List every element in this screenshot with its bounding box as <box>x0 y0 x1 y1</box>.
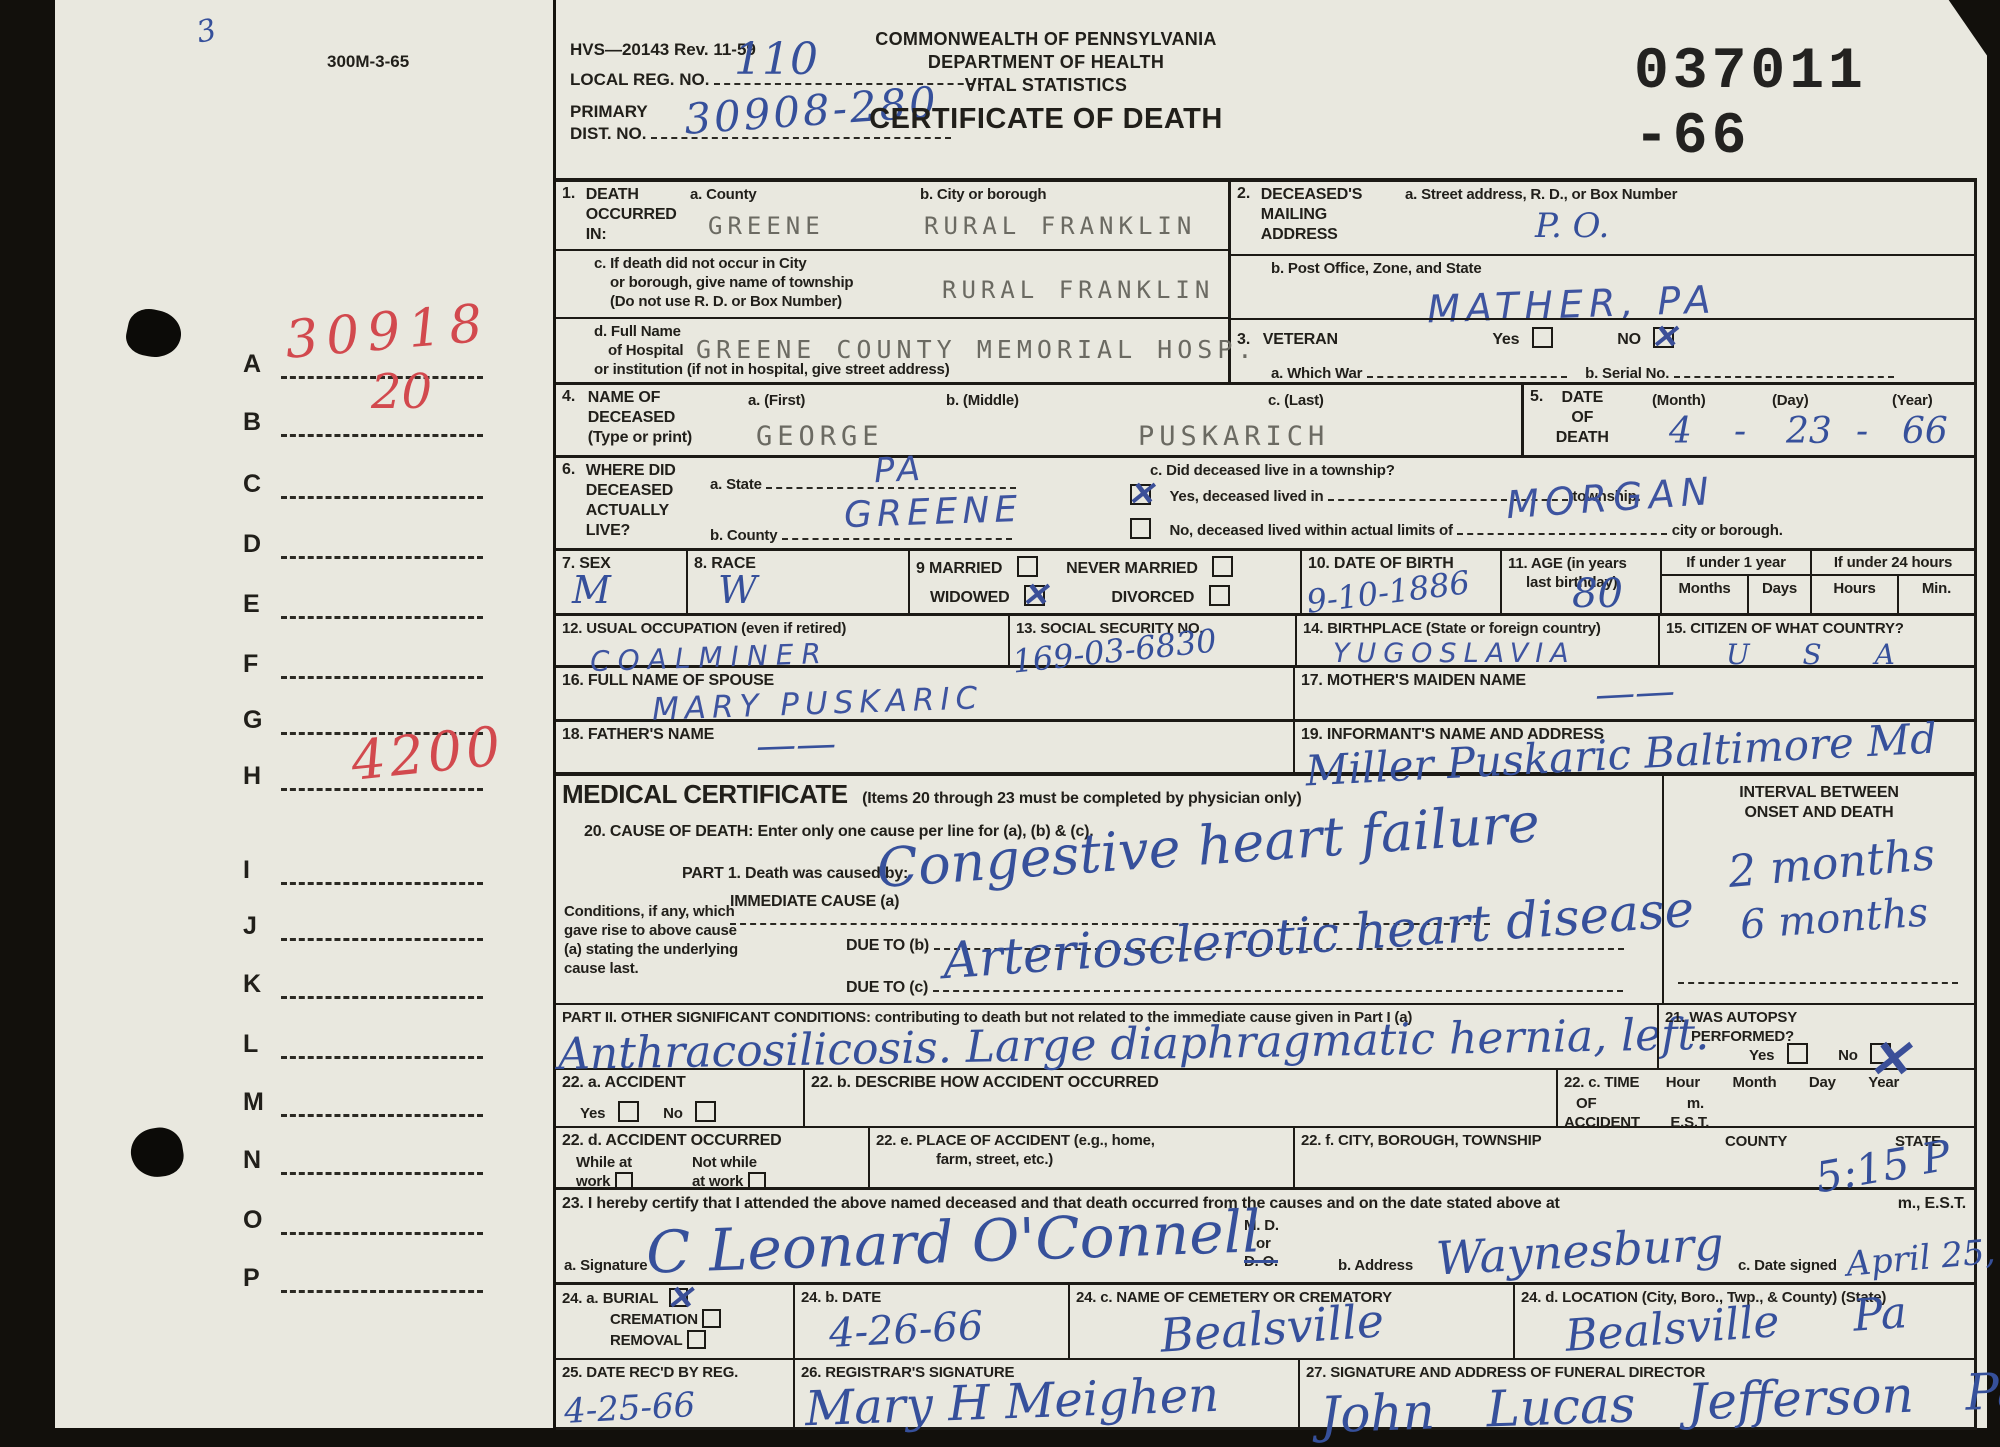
stub-letter: N <box>243 1146 277 1175</box>
city-borough-suffix: city or borough. <box>1672 522 1783 539</box>
citizen-value: U S A <box>1726 638 1968 671</box>
accident-yes-label: Yes <box>580 1105 605 1122</box>
section-24d: 24. d. LOCATION (City, Boro., Twp., & Co… <box>1513 1285 1974 1358</box>
veteran-no-mark: ✕ <box>1650 317 1678 356</box>
stub-row-f: F <box>243 650 483 679</box>
sections-22abc: 22. a. ACCIDENT Yes No 22. b. DESCRIBE H… <box>556 1070 1977 1128</box>
m-label: m. <box>1687 1095 1704 1112</box>
field-street-address: a. Street address, R. D., or Box Number … <box>1399 182 1974 254</box>
township-no-text: No, deceased lived within actual limits … <box>1169 522 1452 539</box>
accident-label: 22. a. ACCIDENT <box>562 1073 797 1093</box>
sections-4-5: 4. NAME OF DECEASED (Type or print) a. (… <box>556 385 1977 458</box>
stub-row-p: P <box>243 1264 483 1293</box>
birthplace-value: YUGOSLAVIA <box>1333 638 1652 669</box>
stub-line <box>281 429 483 437</box>
stub-line <box>281 1227 483 1235</box>
cremation-checkbox <box>702 1309 721 1328</box>
stub-letter: J <box>243 912 277 941</box>
s5-l1: DATE <box>1561 389 1603 406</box>
sections-25-27: 25. DATE REC'D BY REG. 4-25-66 26. REGIS… <box>556 1360 1977 1430</box>
stub-value: 30918 <box>283 293 493 371</box>
stub-line <box>281 551 483 559</box>
stub-letter: M <box>243 1088 277 1117</box>
autopsy-no-label: No <box>1838 1047 1858 1064</box>
veteran-no-checkbox: ✕ <box>1653 327 1674 348</box>
certificate-number-stamp: 037011 -66 <box>1634 40 1977 170</box>
sections-18-19: 18. FATHER'S NAME —— 19. INFORMANT'S NAM… <box>556 722 1977 776</box>
medical-certificate: MEDICAL CERTIFICATE (Items 20 through 23… <box>556 776 1977 1005</box>
widowed-mark: ✕ <box>1021 575 1049 614</box>
burial-date-value: 4-26-66 <box>828 1303 984 1357</box>
while-at-l2: work <box>576 1173 610 1190</box>
township-no-checkbox <box>1130 518 1151 539</box>
section-14: 14. BIRTHPLACE (State or foreign country… <box>1295 616 1658 665</box>
day-label: (Day) <box>1772 391 1809 410</box>
punch-hole-bottom <box>127 1124 186 1181</box>
s24a-num: 24. a. <box>562 1290 598 1307</box>
stub-row-i: I <box>243 856 483 885</box>
street-address-value: P. O. <box>1535 206 1968 246</box>
section-9: 9 MARRIED NEVER MARRIED WIDOWED ✕ DIVORC… <box>908 551 1300 613</box>
section-4: 4. NAME OF DECEASED (Type or print) a. (… <box>556 385 1521 455</box>
stub-letter: E <box>243 590 277 619</box>
married-label: 9 MARRIED <box>916 560 1002 577</box>
county-label: a. County <box>690 185 908 204</box>
state-value: PA <box>873 449 925 492</box>
section-1-num: 1. <box>562 185 575 202</box>
min-label: Min. <box>1897 576 1974 614</box>
never-married-checkbox <box>1212 556 1233 577</box>
stub-letter: A <box>243 350 277 379</box>
section-6ab: a. State PA b. County GREENE <box>704 458 1124 548</box>
stub-line <box>281 1285 483 1293</box>
hospital-value: GREENE COUNTY MEMORIAL HOSP. <box>696 335 1257 364</box>
section-16: 16. FULL NAME OF SPOUSE MARY PUSKARIC <box>556 668 1293 719</box>
stub-letter: I <box>243 856 277 885</box>
section-15: 15. CITIZEN OF WHAT COUNTRY? U S A <box>1658 616 1974 665</box>
cond-l2: gave rise to above cause <box>564 921 738 940</box>
stub-row-m: M <box>243 1088 483 1117</box>
place-accident-l1: 22. e. PLACE OF ACCIDENT (e.g., home, <box>876 1131 1287 1150</box>
autopsy-l1: 21. WAS AUTOPSY <box>1665 1008 1968 1027</box>
s2-l1: DECEASED'S <box>1261 186 1362 203</box>
section-19: 19. INFORMANT'S NAME AND ADDRESS Miller … <box>1293 722 1974 772</box>
section-18: 18. FATHER'S NAME —— <box>556 722 1293 772</box>
stub-row-h: H4200 <box>243 762 483 791</box>
widowed-label: WIDOWED <box>930 589 1009 606</box>
s4-l1: NAME OF <box>588 389 660 406</box>
s1c-l1: c. If death did not occur in City <box>594 254 930 273</box>
section-17: 17. MOTHER'S MAIDEN NAME —— <box>1293 668 1974 719</box>
under-24-hours-label: If under 24 hours <box>1812 551 1974 576</box>
autopsy-yes-label: Yes <box>1749 1047 1774 1064</box>
stub-line <box>281 1051 483 1059</box>
section-5: 5. DATE OF DEATH (Month) (Day) (Year) 4 … <box>1521 385 1974 455</box>
section-24a: 24. a. BURIAL ✕ CREMATION REMOVAL <box>556 1285 793 1358</box>
veteran-no-label: NO <box>1617 331 1641 348</box>
accident-no-checkbox <box>695 1101 716 1122</box>
interval-b-value: 6 months <box>1739 889 1930 948</box>
s6-l3: ACTUALLY <box>586 502 669 519</box>
section-2-num: 2. <box>1237 185 1250 202</box>
due-to-c-label: DUE TO (c) <box>846 979 928 996</box>
section-23: 23. I hereby certify that I attended the… <box>556 1190 1977 1285</box>
stub-letter: D <box>243 530 277 559</box>
stub-value: 20 <box>371 364 432 420</box>
burial-label: BURIAL <box>603 1290 658 1307</box>
first-name-label: a. (First) <box>748 391 805 410</box>
s1c-l3: (Do not use R. D. or Box Number) <box>594 292 930 311</box>
stub-row-e: E <box>243 590 483 619</box>
father-label: 18. FATHER'S NAME <box>562 725 1287 745</box>
veteran-yes-checkbox <box>1532 327 1553 348</box>
death-year: 66 <box>1902 411 1948 452</box>
serial-no-label: b. Serial No. <box>1585 365 1669 382</box>
time-accident-l2: OF <box>1576 1095 1596 1112</box>
print-code: 300M-3-65 <box>327 52 409 72</box>
which-war-line <box>1367 366 1567 378</box>
township-yes-checkbox: ✕ <box>1130 484 1151 505</box>
state-label: a. State <box>710 476 762 493</box>
months-label: Months <box>1662 576 1747 614</box>
county6-value: GREENE <box>843 489 1022 536</box>
cond-l1: Conditions, if any, which <box>564 902 738 921</box>
form-header: HVS—20143 Rev. 11-59 LOCAL REG. NO. PRIM… <box>556 0 1977 178</box>
section-4-num: 4. <box>562 388 575 405</box>
interval-a-value: 2 months <box>1726 829 1937 898</box>
stub-letter: K <box>243 970 277 999</box>
burial-checkbox: ✕ <box>669 1288 688 1307</box>
not-at-work-checkbox <box>748 1172 766 1190</box>
stub-row-d: D <box>243 530 483 559</box>
hour-label: Hour <box>1666 1074 1700 1091</box>
certificate-form: HVS—20143 Rev. 11-59 LOCAL REG. NO. PRIM… <box>553 0 1977 1428</box>
township-no-line <box>1457 523 1667 535</box>
sections-1-2-3: 1. DEATH OCCURRED IN: a. County GREENE b… <box>556 178 1977 385</box>
citizen-label: 15. CITIZEN OF WHAT COUNTRY? <box>1666 619 1968 638</box>
medical-subtitle: (Items 20 through 23 must be completed b… <box>862 790 1301 807</box>
widowed-checkbox: ✕ <box>1024 585 1045 606</box>
section-11: 11. AGE (in years last birthday) 80 <box>1500 551 1660 613</box>
address-label: b. Address <box>1338 1256 1413 1275</box>
stub-line <box>281 1167 483 1175</box>
sections-7-11: 7. SEX M 8. RACE W 9 MARRIED NEVER MARRI… <box>556 551 1977 616</box>
township-yes-text: Yes, deceased lived in <box>1169 488 1323 505</box>
stub-line <box>281 1109 483 1117</box>
county6-label: b. County <box>710 527 777 544</box>
sections-22def: 22. d. ACCIDENT OCCURRED While at work N… <box>556 1128 1977 1190</box>
sex-value: M <box>572 568 680 612</box>
death-month: 4 <box>1669 411 1692 452</box>
section-22a: 22. a. ACCIDENT Yes No <box>556 1070 803 1126</box>
s5-l2: OF <box>1571 409 1593 426</box>
last-name-label: c. (Last) <box>1268 391 1324 410</box>
section-6: 6. WHERE DID DECEASED ACTUALLY LIVE? a. … <box>556 458 1977 551</box>
city-borough-value: RURAL FRANKLIN <box>924 212 1222 240</box>
cond-l3: (a) stating the underlying <box>564 940 738 959</box>
section-13: 13. SOCIAL SECURITY NO. 169-03-6830 <box>1008 616 1295 665</box>
stub-row-n: N <box>243 1146 483 1175</box>
immediate-cause-label: IMMEDIATE CAUSE (a) <box>730 893 899 910</box>
section-25: 25. DATE REC'D BY REG. 4-25-66 <box>556 1360 793 1427</box>
street-address-label: a. Street address, R. D., or Box Number <box>1405 185 1968 204</box>
divorced-label: DIVORCED <box>1111 589 1194 606</box>
stub-letter: L <box>243 1030 277 1059</box>
removal-checkbox <box>687 1330 706 1349</box>
section-22e: 22. e. PLACE OF ACCIDENT (e.g., home, fa… <box>868 1128 1293 1187</box>
describe-accident-label: 22. b. DESCRIBE HOW ACCIDENT OCCURRED <box>811 1073 1550 1093</box>
stub-line <box>281 491 483 499</box>
stub-row-c: C <box>243 470 483 499</box>
s2-l2: MAILING <box>1261 206 1327 223</box>
year-col-label: Year <box>1868 1074 1899 1091</box>
section-22c: 22. c. TIME Hour Month Day Year OF m. AC… <box>1556 1070 1974 1126</box>
part-2: PART II. OTHER SIGNIFICANT CONDITIONS: c… <box>556 1005 1657 1068</box>
veteran-yes-label: Yes <box>1492 331 1519 348</box>
county-col-label: COUNTY <box>1725 1132 1787 1151</box>
month-label: (Month) <box>1652 391 1706 410</box>
date-recd-value: 4-25-66 <box>563 1380 788 1432</box>
section-1d: d. Full Name of Hospital or institution … <box>556 317 1228 385</box>
which-war-label: a. Which War <box>1271 365 1362 382</box>
section-6c: c. Did deceased live in a township? ✕ Ye… <box>1124 458 1974 548</box>
section-22b: 22. b. DESCRIBE HOW ACCIDENT OCCURRED <box>803 1070 1556 1126</box>
sections-12-15: 12. USUAL OCCUPATION (even if retired) C… <box>556 616 1977 668</box>
date-recd-label: 25. DATE REC'D BY REG. <box>562 1363 787 1382</box>
stub-line <box>281 991 483 999</box>
not-while-l1: Not while <box>692 1153 766 1172</box>
section-27: 27. SIGNATURE AND ADDRESS OF FUNERAL DIR… <box>1298 1360 1974 1427</box>
date-signed-value: April 25, 1966 <box>1845 1223 2000 1284</box>
stub-letter: O <box>243 1206 277 1235</box>
burial-mark: ✕ <box>666 1278 694 1317</box>
section-5-num: 5. <box>1530 388 1543 405</box>
section-3-num: 3. <box>1237 331 1250 348</box>
accident-no-label: No <box>663 1105 683 1122</box>
stub-line <box>281 671 483 679</box>
section-22d: 22. d. ACCIDENT OCCURRED While at work N… <box>556 1128 868 1187</box>
section-6-label: 6. WHERE DID DECEASED ACTUALLY LIVE? <box>556 458 704 548</box>
interval-l1: INTERVAL BETWEEN <box>1670 783 1968 803</box>
medical-left: MEDICAL CERTIFICATE (Items 20 through 23… <box>556 776 1662 1003</box>
hours-label: Hours <box>1812 576 1897 614</box>
stub-line <box>281 933 483 941</box>
section-26: 26. REGISTRAR'S SIGNATURE Mary H Meighen <box>793 1360 1298 1427</box>
first-name-value: GEORGE <box>756 421 884 452</box>
pencil-note: 3 <box>194 12 220 50</box>
day-col-label: Day <box>1809 1074 1836 1091</box>
part-2-row: PART II. OTHER SIGNIFICANT CONDITIONS: c… <box>556 1005 1977 1070</box>
township-yes-mark: ✕ <box>1127 474 1155 513</box>
under-24-hours: If under 24 hours Hours Min. <box>1810 551 1974 613</box>
year-label: (Year) <box>1892 391 1933 410</box>
stub-row-b: B20 <box>243 408 483 437</box>
stub-row-l: L <box>243 1030 483 1059</box>
department: DEPARTMENT OF HEALTH <box>811 51 1281 74</box>
stub-letter: F <box>243 650 277 679</box>
stub-letter: P <box>243 1264 277 1293</box>
race-value: W <box>718 568 902 612</box>
punch-hole-top <box>123 305 186 362</box>
s6-l2: DECEASED <box>586 482 673 499</box>
autopsy-no-checkbox: ✕ <box>1870 1043 1891 1064</box>
autopsy-yes-checkbox <box>1787 1043 1808 1064</box>
last-name-value: PUSKARICH <box>1138 421 1329 452</box>
section-12: 12. USUAL OCCUPATION (even if retired) C… <box>556 616 1008 665</box>
section-7: 7. SEX M <box>556 551 686 613</box>
local-reg-value: 110 <box>734 34 818 85</box>
section-1ab: 1. DEATH OCCURRED IN: a. County GREENE b… <box>556 182 1228 249</box>
month-col-label: Month <box>1732 1074 1776 1091</box>
sections-16-17: 16. FULL NAME OF SPOUSE MARY PUSKARIC 17… <box>556 668 1977 722</box>
section-21: 21. WAS AUTOPSY PERFORMED? Yes No ✕ <box>1657 1005 1974 1068</box>
medical-title: MEDICAL CERTIFICATE <box>562 779 848 809</box>
commonwealth: COMMONWEALTH OF PENNSYLVANIA <box>811 28 1281 51</box>
date-signed-label: c. Date signed <box>1738 1256 1837 1275</box>
section-1c: c. If death did not occur in City or bor… <box>556 249 1228 317</box>
section-24c: 24. c. NAME OF CEMETERY OR CREMATORY Bea… <box>1068 1285 1513 1358</box>
stub-row-k: K <box>243 970 483 999</box>
township-value: RURAL FRANKLIN <box>942 276 1222 304</box>
section-10: 10. DATE OF BIRTH 9-10-1886 <box>1300 551 1500 613</box>
form-code: HVS—20143 Rev. 11-59 <box>570 40 756 60</box>
field-city-borough: b. City or borough RURAL FRANKLIN <box>914 182 1228 249</box>
s4-l2: DECEASED <box>588 409 675 426</box>
interval-c-line <box>1678 972 1958 984</box>
s6-l4: LIVE? <box>586 522 630 539</box>
due-to-c-line <box>933 980 1623 992</box>
accident-yes-checkbox <box>618 1101 639 1122</box>
divorced-checkbox <box>1209 585 1230 606</box>
stub-row-o: O <box>243 1206 483 1235</box>
death-dash1: - <box>1734 411 1746 452</box>
serial-no-line <box>1674 366 1894 378</box>
section-3: 3. VETERAN Yes NO ✕ a. Which War b. Seri… <box>1231 318 1974 389</box>
section-24: 24. a. BURIAL ✕ CREMATION REMOVAL 24. b.… <box>556 1285 1977 1360</box>
while-at-work-checkbox <box>615 1172 633 1190</box>
sections-2-3: 2. DECEASED'S MAILING ADDRESS a. Street … <box>1228 182 1974 382</box>
birthplace-label: 14. BIRTHPLACE (State or foreign country… <box>1303 619 1652 638</box>
township-value-cell: RURAL FRANKLIN <box>936 251 1228 317</box>
interval-column: INTERVAL BETWEEN ONSET AND DEATH 2 month… <box>1662 776 1974 1003</box>
married-checkbox <box>1017 556 1038 577</box>
days-label: Days <box>1747 576 1810 614</box>
stub-row-a: A30918 <box>243 350 483 379</box>
section-6-num: 6. <box>562 461 575 478</box>
vital-statistics: VITAL STATISTICS <box>811 74 1281 97</box>
burial-date-label: 24. b. DATE <box>801 1288 1062 1307</box>
middle-name-label: b. (Middle) <box>946 391 1019 410</box>
not-while-l2: at work <box>692 1173 743 1190</box>
removal-label: REMOVAL <box>610 1332 683 1349</box>
stub-letter: C <box>243 470 277 499</box>
stub-letter: B <box>243 408 277 437</box>
s1-l1: DEATH <box>586 186 639 203</box>
stub-row-j: J <box>243 912 483 941</box>
conditions-note: Conditions, if any, which gave rise to a… <box>564 902 738 978</box>
section-24b: 24. b. DATE 4-26-66 <box>793 1285 1068 1358</box>
stub-line <box>281 611 483 619</box>
veteran-label: VETERAN <box>1263 331 1338 348</box>
certificate-title: CERTIFICATE OF DEATH <box>811 103 1281 136</box>
age-value: 80 <box>1572 571 1623 617</box>
s6-l1: WHERE DID <box>586 462 676 479</box>
s2-l3: ADDRESS <box>1261 226 1338 243</box>
section-2-label: 2. DECEASED'S MAILING ADDRESS <box>1231 182 1399 254</box>
stub-line <box>281 877 483 885</box>
stub-letter: H <box>243 762 277 791</box>
never-married-label: NEVER MARRIED <box>1066 560 1198 577</box>
local-reg-label: LOCAL REG. NO. <box>570 70 709 89</box>
under-1-year-label: If under 1 year <box>1662 551 1810 576</box>
due-to-b-label: DUE TO (b) <box>846 937 929 954</box>
city-borough-label: b. City or borough <box>920 185 1222 204</box>
mother-maiden-value: —— <box>1594 668 1676 718</box>
father-value: —— <box>755 721 837 770</box>
s1-l2: OCCURRED <box>586 206 677 223</box>
section-2a: 2. DECEASED'S MAILING ADDRESS a. Street … <box>1231 182 1974 254</box>
header-center: COMMONWEALTH OF PENNSYLVANIA DEPARTMENT … <box>811 28 1281 136</box>
address-value: Waynesburg <box>1435 1217 1725 1286</box>
certify-suffix: m., E.S.T. <box>1898 1194 1966 1214</box>
section-8: 8. RACE W <box>686 551 908 613</box>
cond-l4: cause last. <box>564 959 738 978</box>
place-accident-l2: farm, street, etc.) <box>876 1150 1287 1169</box>
certificate-paper: 3 300M-3-65 A30918 B20 C D E F G H4200 I… <box>55 0 1987 1428</box>
township-question: c. Did deceased live in a township? <box>1130 461 1968 480</box>
primary-label: PRIMARY <box>570 102 648 122</box>
death-day: 23 <box>1786 411 1832 452</box>
s4-l3: (Type or print) <box>588 429 692 446</box>
under-1-year: If under 1 year Months Days <box>1660 551 1810 613</box>
section-1: 1. DEATH OCCURRED IN: a. County GREENE b… <box>556 182 1228 382</box>
while-at-l1: While at <box>576 1153 692 1172</box>
time-accident-l1: 22. c. TIME <box>1564 1074 1639 1091</box>
s5-l3: DEATH <box>1556 429 1609 446</box>
field-county: a. County GREENE <box>684 182 914 249</box>
s1-l3: IN: <box>586 226 607 243</box>
section-22f: 22. f. CITY, BOROUGH, TOWNSHIP COUNTY ST… <box>1293 1128 1974 1187</box>
city-twp-label: 22. f. CITY, BOROUGH, TOWNSHIP <box>1301 1132 1541 1149</box>
interval-l2: ONSET AND DEATH <box>1670 803 1968 823</box>
s1c-l2: or borough, give name of township <box>594 273 930 292</box>
section-2b: b. Post Office, Zone, and State MATHER, … <box>1231 254 1974 318</box>
section-1-label: 1. DEATH OCCURRED IN: <box>556 182 684 249</box>
accident-occurred-label: 22. d. ACCIDENT OCCURRED <box>562 1131 862 1151</box>
death-dash2: - <box>1856 411 1868 452</box>
township-note: c. If death did not occur in City or bor… <box>556 251 936 317</box>
signature-label: a. Signature <box>564 1256 647 1275</box>
county-value: GREENE <box>708 212 908 240</box>
dist-no-label: DIST. NO. <box>570 124 647 143</box>
stub-letter: G <box>243 706 277 735</box>
